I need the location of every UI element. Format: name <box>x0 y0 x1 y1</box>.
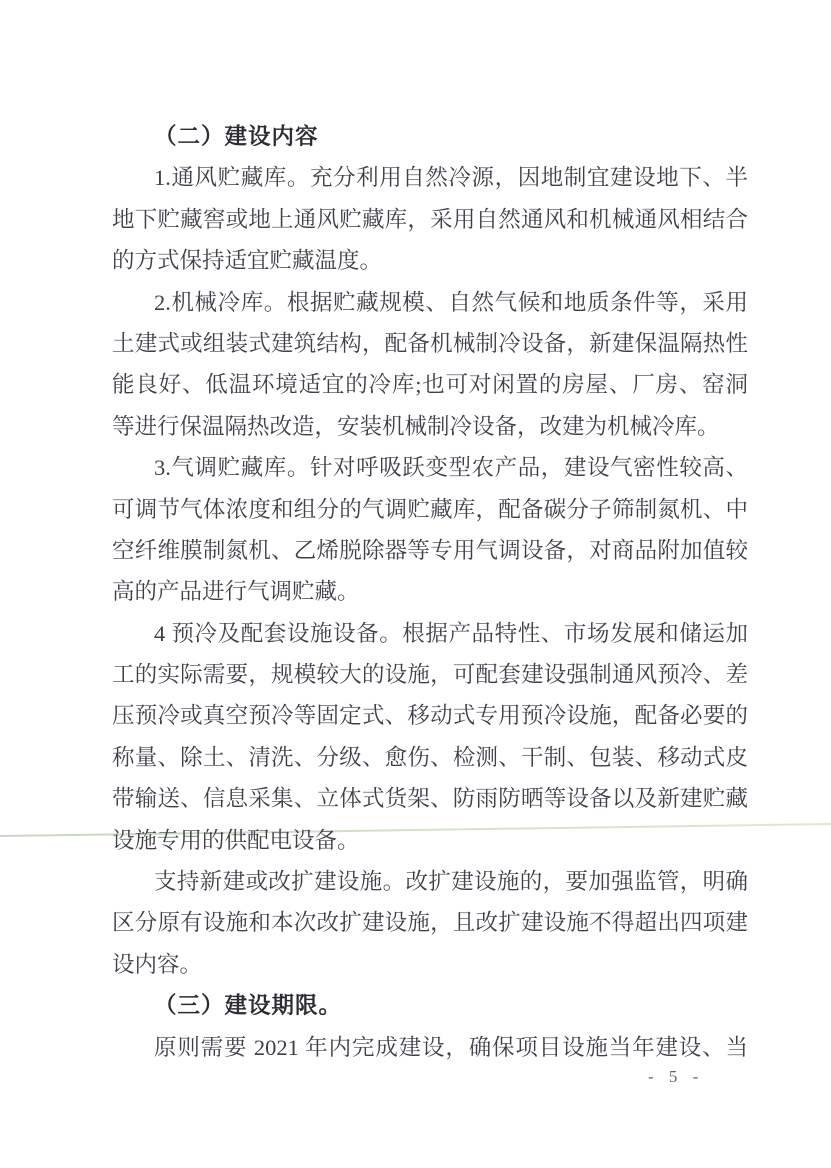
text-line: 等进行保温隔热改造，安装机械制冷设备，改建为机械冷库。 <box>112 406 748 447</box>
text-line: 地下贮藏窖或地上通风贮藏库，采用自然通风和机械通风相结合 <box>112 199 748 240</box>
text-line: 设施专用的供配电设备。 <box>112 820 748 861</box>
page-number: - 5 - <box>648 1066 700 1088</box>
section-heading: （二）建设内容 <box>112 116 748 157</box>
section-heading: （三）建设期限。 <box>112 985 748 1026</box>
text-line: 支持新建或改扩建设施。改扩建设施的，要加强监管，明确 <box>112 861 748 902</box>
text-line: 称量、除土、清洗、分级、愈伤、检测、干制、包装、移动式皮 <box>112 737 748 778</box>
text-line: 区分原有设施和本次改扩建设施，且改扩建设施不得超出四项建 <box>112 902 748 943</box>
text-line: 土建式或组装式建筑结构，配备机械制冷设备，新建保温隔热性 <box>112 323 748 364</box>
document-page: （二）建设内容1.通风贮藏库。充分利用自然冷源，因地制宜建设地下、半地下贮藏窖或… <box>0 0 831 1168</box>
text-line: 能良好、低温环境适宜的冷库;也可对闲置的房屋、厂房、窑洞 <box>112 364 748 405</box>
text-line: 带输送、信息采集、立体式货架、防雨防晒等设备以及新建贮藏 <box>112 778 748 819</box>
text-line: 高的产品进行气调贮藏。 <box>112 571 748 612</box>
text-line: 的方式保持适宜贮藏温度。 <box>112 240 748 281</box>
text-line: 压预冷或真空预冷等固定式、移动式专用预冷设施，配备必要的 <box>112 695 748 736</box>
text-line: 设内容。 <box>112 944 748 985</box>
document-body: （二）建设内容1.通风贮藏库。充分利用自然冷源，因地制宜建设地下、半地下贮藏窖或… <box>112 116 748 1068</box>
text-line: 1.通风贮藏库。充分利用自然冷源，因地制宜建设地下、半 <box>112 157 748 198</box>
text-line: 2.机械冷库。根据贮藏规模、自然气候和地质条件等，采用 <box>112 282 748 323</box>
text-line: 可调节气体浓度和组分的气调贮藏库，配备碳分子筛制氮机、中 <box>112 489 748 530</box>
text-line: 原则需要 2021 年内完成建设，确保项目设施当年建设、当 <box>112 1027 748 1068</box>
text-line: 空纤维膜制氮机、乙烯脱除器等专用气调设备，对商品附加值较 <box>112 530 748 571</box>
text-line: 3.气调贮藏库。针对呼吸跃变型农产品，建设气密性较高、 <box>112 447 748 488</box>
text-line: 工的实际需要，规模较大的设施，可配套建设强制通风预冷、差 <box>112 654 748 695</box>
text-line: 4 预冷及配套设施设备。根据产品特性、市场发展和储运加 <box>112 613 748 654</box>
